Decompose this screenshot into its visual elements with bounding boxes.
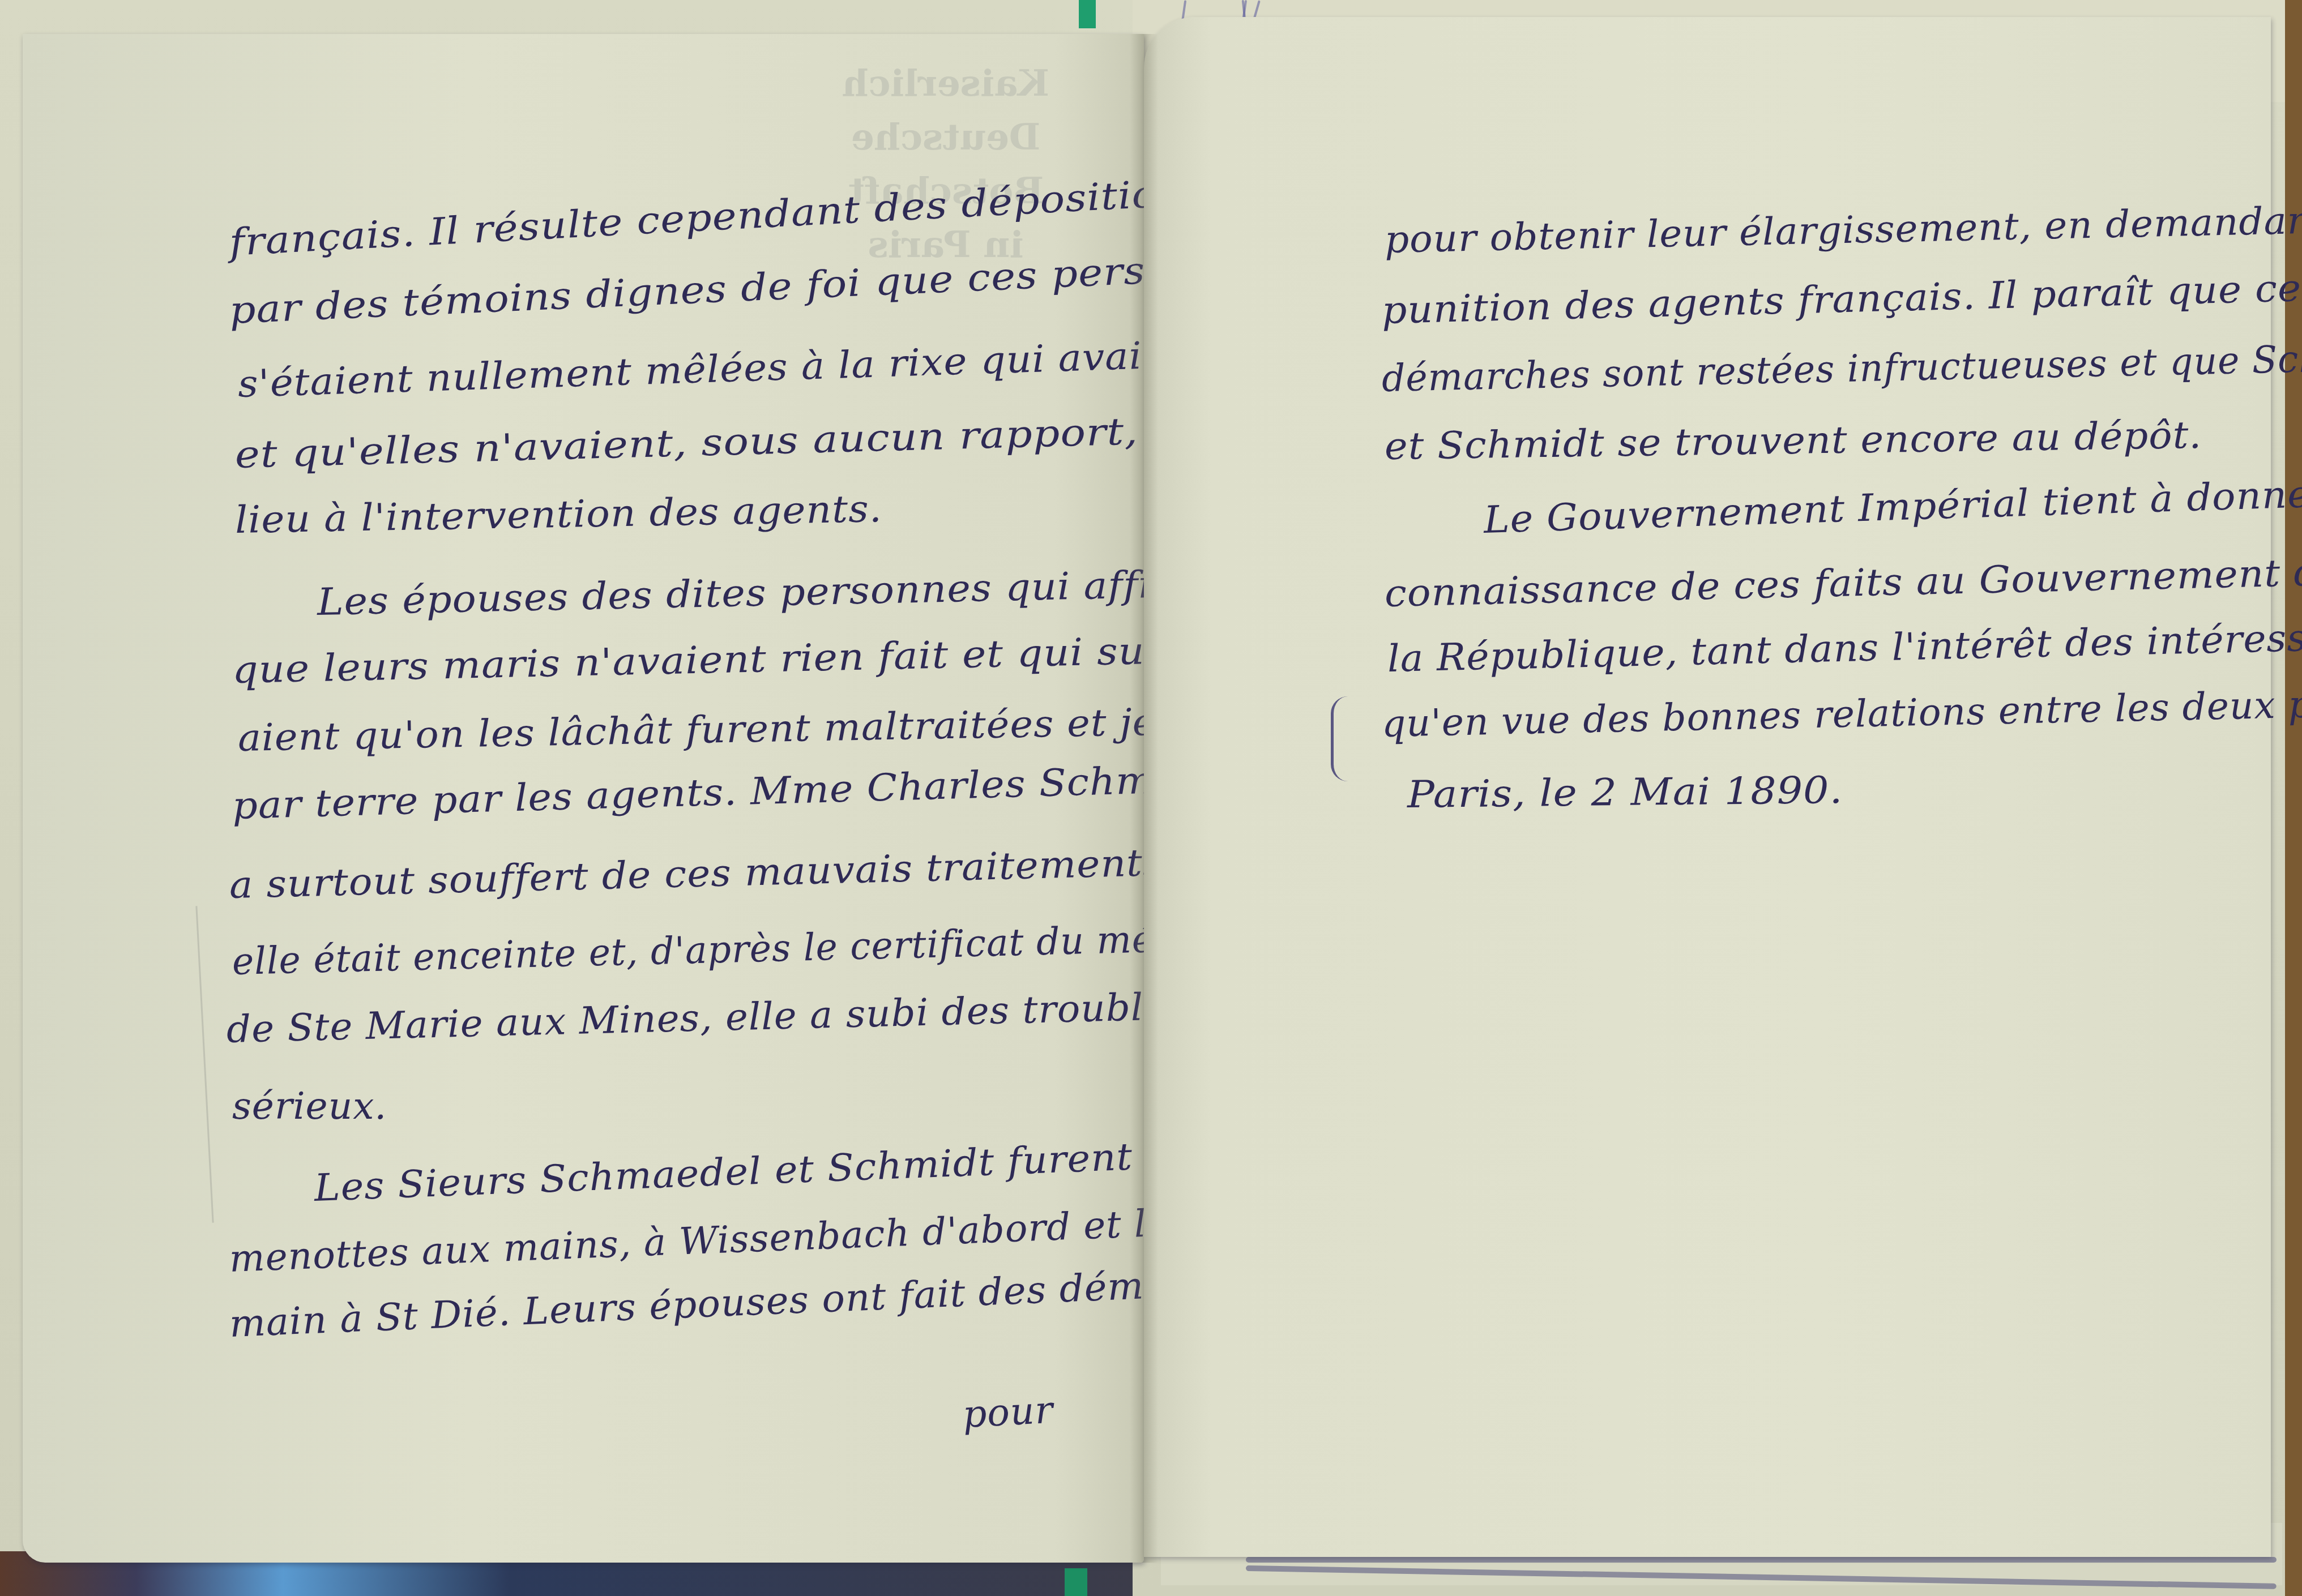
letterhead-showthrough: Kaiserlich Deutsche Botschaft in Paris: [770, 57, 1121, 272]
catchword: pour: [962, 1388, 1054, 1436]
pencil-mark: [195, 906, 213, 1222]
binding-tab-bottom: [1065, 1568, 1087, 1596]
handwritten-line: sérieux.: [232, 1084, 387, 1128]
gutter-shadow: [1130, 34, 1158, 1563]
closing-date: Paris, le 2 Mai 1890.: [1407, 768, 1843, 816]
margin-bracket-mark: [1331, 696, 1351, 781]
binding-tab: [1079, 0, 1096, 28]
